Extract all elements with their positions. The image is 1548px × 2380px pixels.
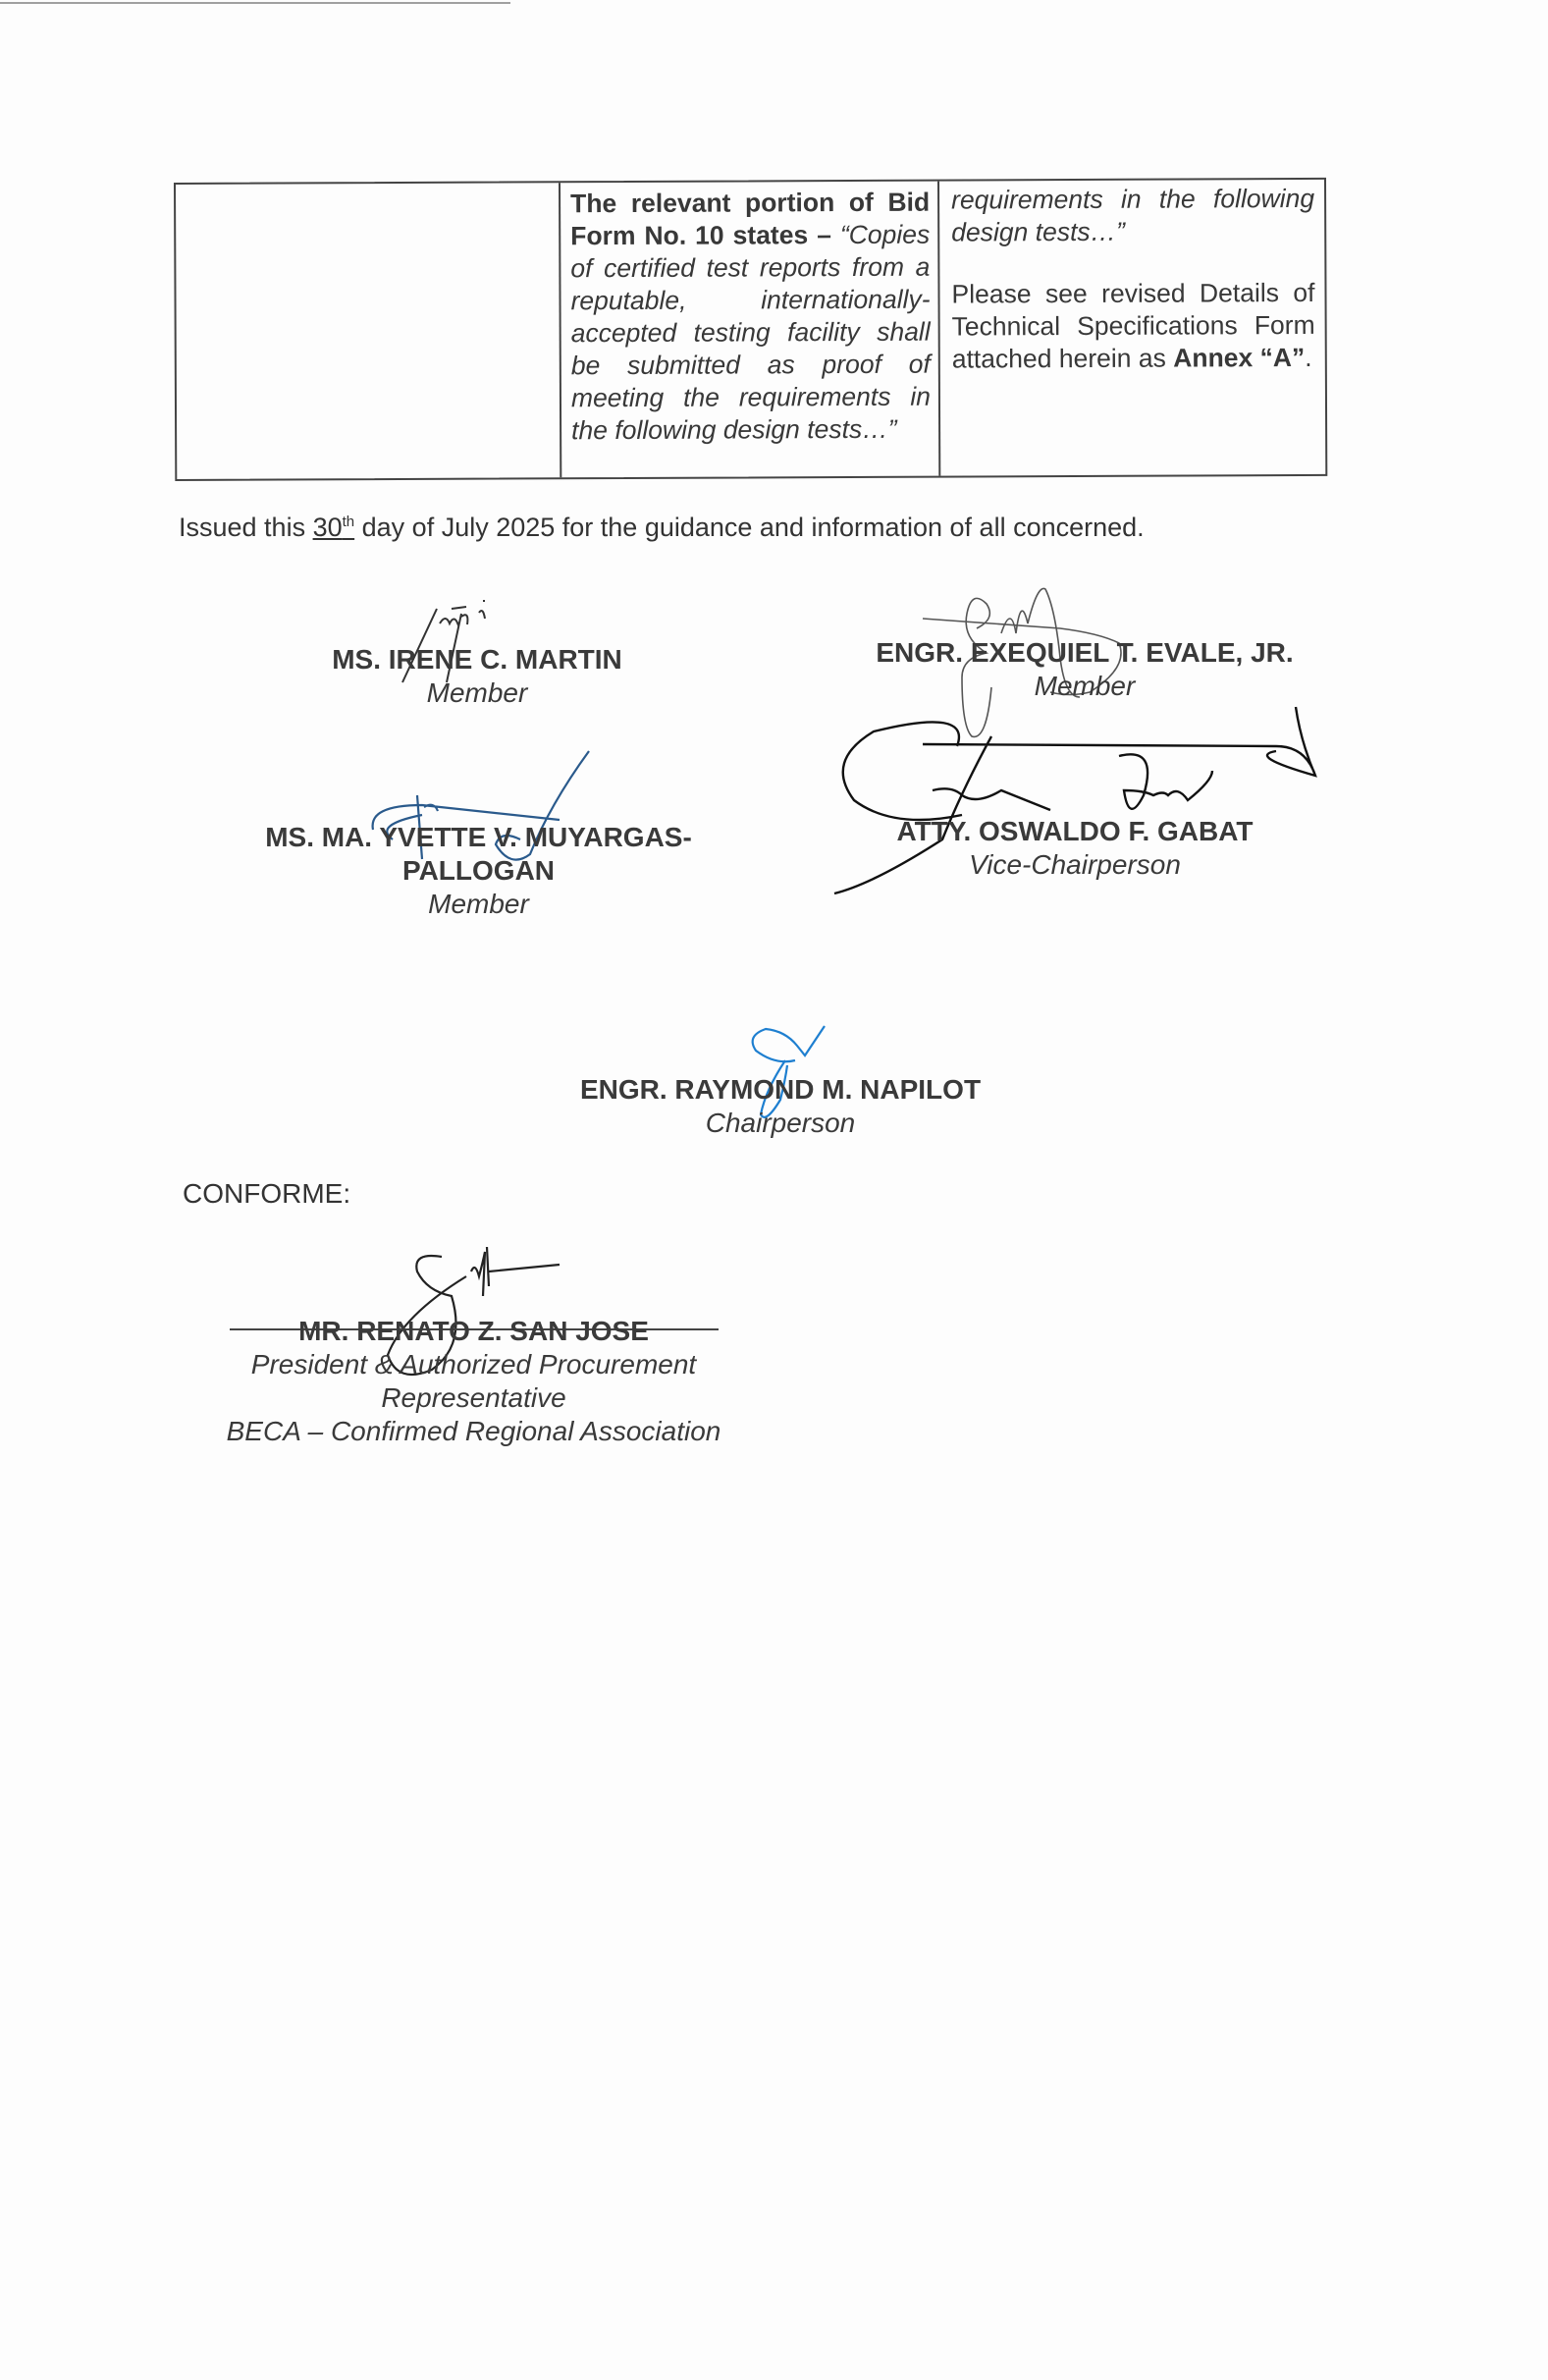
signatory-role: Chairperson bbox=[550, 1107, 1011, 1140]
scan-edge-line bbox=[0, 2, 510, 4]
table-cell-empty bbox=[176, 183, 561, 479]
issued-prefix: Issued this bbox=[179, 513, 313, 542]
signatory-irene-martin: MS. IRENE C. MARTIN Member bbox=[281, 643, 673, 710]
issued-day: 30th bbox=[313, 513, 355, 542]
signatory-yvette-muyargas-pallogan: MS. MA. YVETTE V. MUYARGAS- PALLOGAN Mem… bbox=[236, 821, 721, 921]
conforme-signatory: MR. RENATO Z. SAN JOSE President & Autho… bbox=[206, 1315, 741, 1448]
signatory-evale: ENGR. EXEQUIEL T. EVALE, JR. Member bbox=[854, 636, 1315, 703]
conforme-role-line2: Representative bbox=[206, 1381, 741, 1415]
signatory-gabat: ATTY. OSWALDO F. GABAT Vice-Chairperson bbox=[854, 815, 1296, 882]
provision-quote: “Copies of certified test reports from a… bbox=[570, 220, 931, 446]
conforme-label: CONFORME: bbox=[183, 1178, 350, 1210]
table-cell-response: requirements in the following design tes… bbox=[939, 180, 1325, 476]
signatory-name: ENGR. EXEQUIEL T. EVALE, JR. bbox=[854, 636, 1315, 670]
signatory-name: ATTY. OSWALDO F. GABAT bbox=[854, 815, 1296, 848]
issued-statement: Issued this 30th day of July 2025 for th… bbox=[179, 513, 1145, 543]
provision-text: The relevant portion of Bid Form No. 10 … bbox=[570, 187, 931, 448]
issued-rest: day of July 2025 for the guidance and in… bbox=[354, 513, 1145, 542]
response-quote-tail: requirements in the following design tes… bbox=[951, 183, 1314, 249]
conforme-name: MR. RENATO Z. SAN JOSE bbox=[206, 1315, 741, 1348]
response-period: . bbox=[1305, 343, 1312, 372]
conforme-role-line1: President & Authorized Procurement bbox=[206, 1348, 741, 1381]
signatory-role: Member bbox=[236, 888, 721, 921]
annex-reference: Annex “A” bbox=[1173, 343, 1305, 373]
signatory-napilot: ENGR. RAYMOND M. NAPILOT Chairperson bbox=[550, 1073, 1011, 1140]
signatory-role: Member bbox=[281, 676, 673, 710]
table-cell-provision: The relevant portion of Bid Form No. 10 … bbox=[560, 182, 940, 478]
conforme-role-line3: BECA – Confirmed Regional Association bbox=[206, 1415, 741, 1448]
clarification-table: The relevant portion of Bid Form No. 10 … bbox=[174, 178, 1327, 481]
signatory-name-line1: MS. MA. YVETTE V. MUYARGAS- bbox=[236, 821, 721, 854]
signatory-name: MS. IRENE C. MARTIN bbox=[281, 643, 673, 676]
signatory-name: ENGR. RAYMOND M. NAPILOT bbox=[550, 1073, 1011, 1107]
signatory-role: Vice-Chairperson bbox=[854, 848, 1296, 882]
signatory-role: Member bbox=[854, 670, 1315, 703]
response-text: Please see revised Details of Technical … bbox=[951, 277, 1314, 376]
signatory-name-line2: PALLOGAN bbox=[236, 854, 721, 888]
